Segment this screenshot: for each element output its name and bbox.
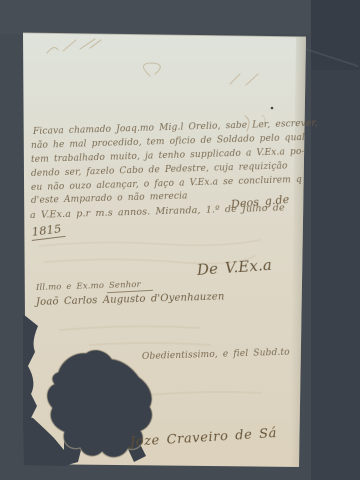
manuscript-photo: Ficava chamado Joaq.mo Mig.l Orelio, sab…: [0, 0, 360, 480]
ink-spot: [271, 107, 274, 110]
paper-sheet: [0, 0, 360, 480]
